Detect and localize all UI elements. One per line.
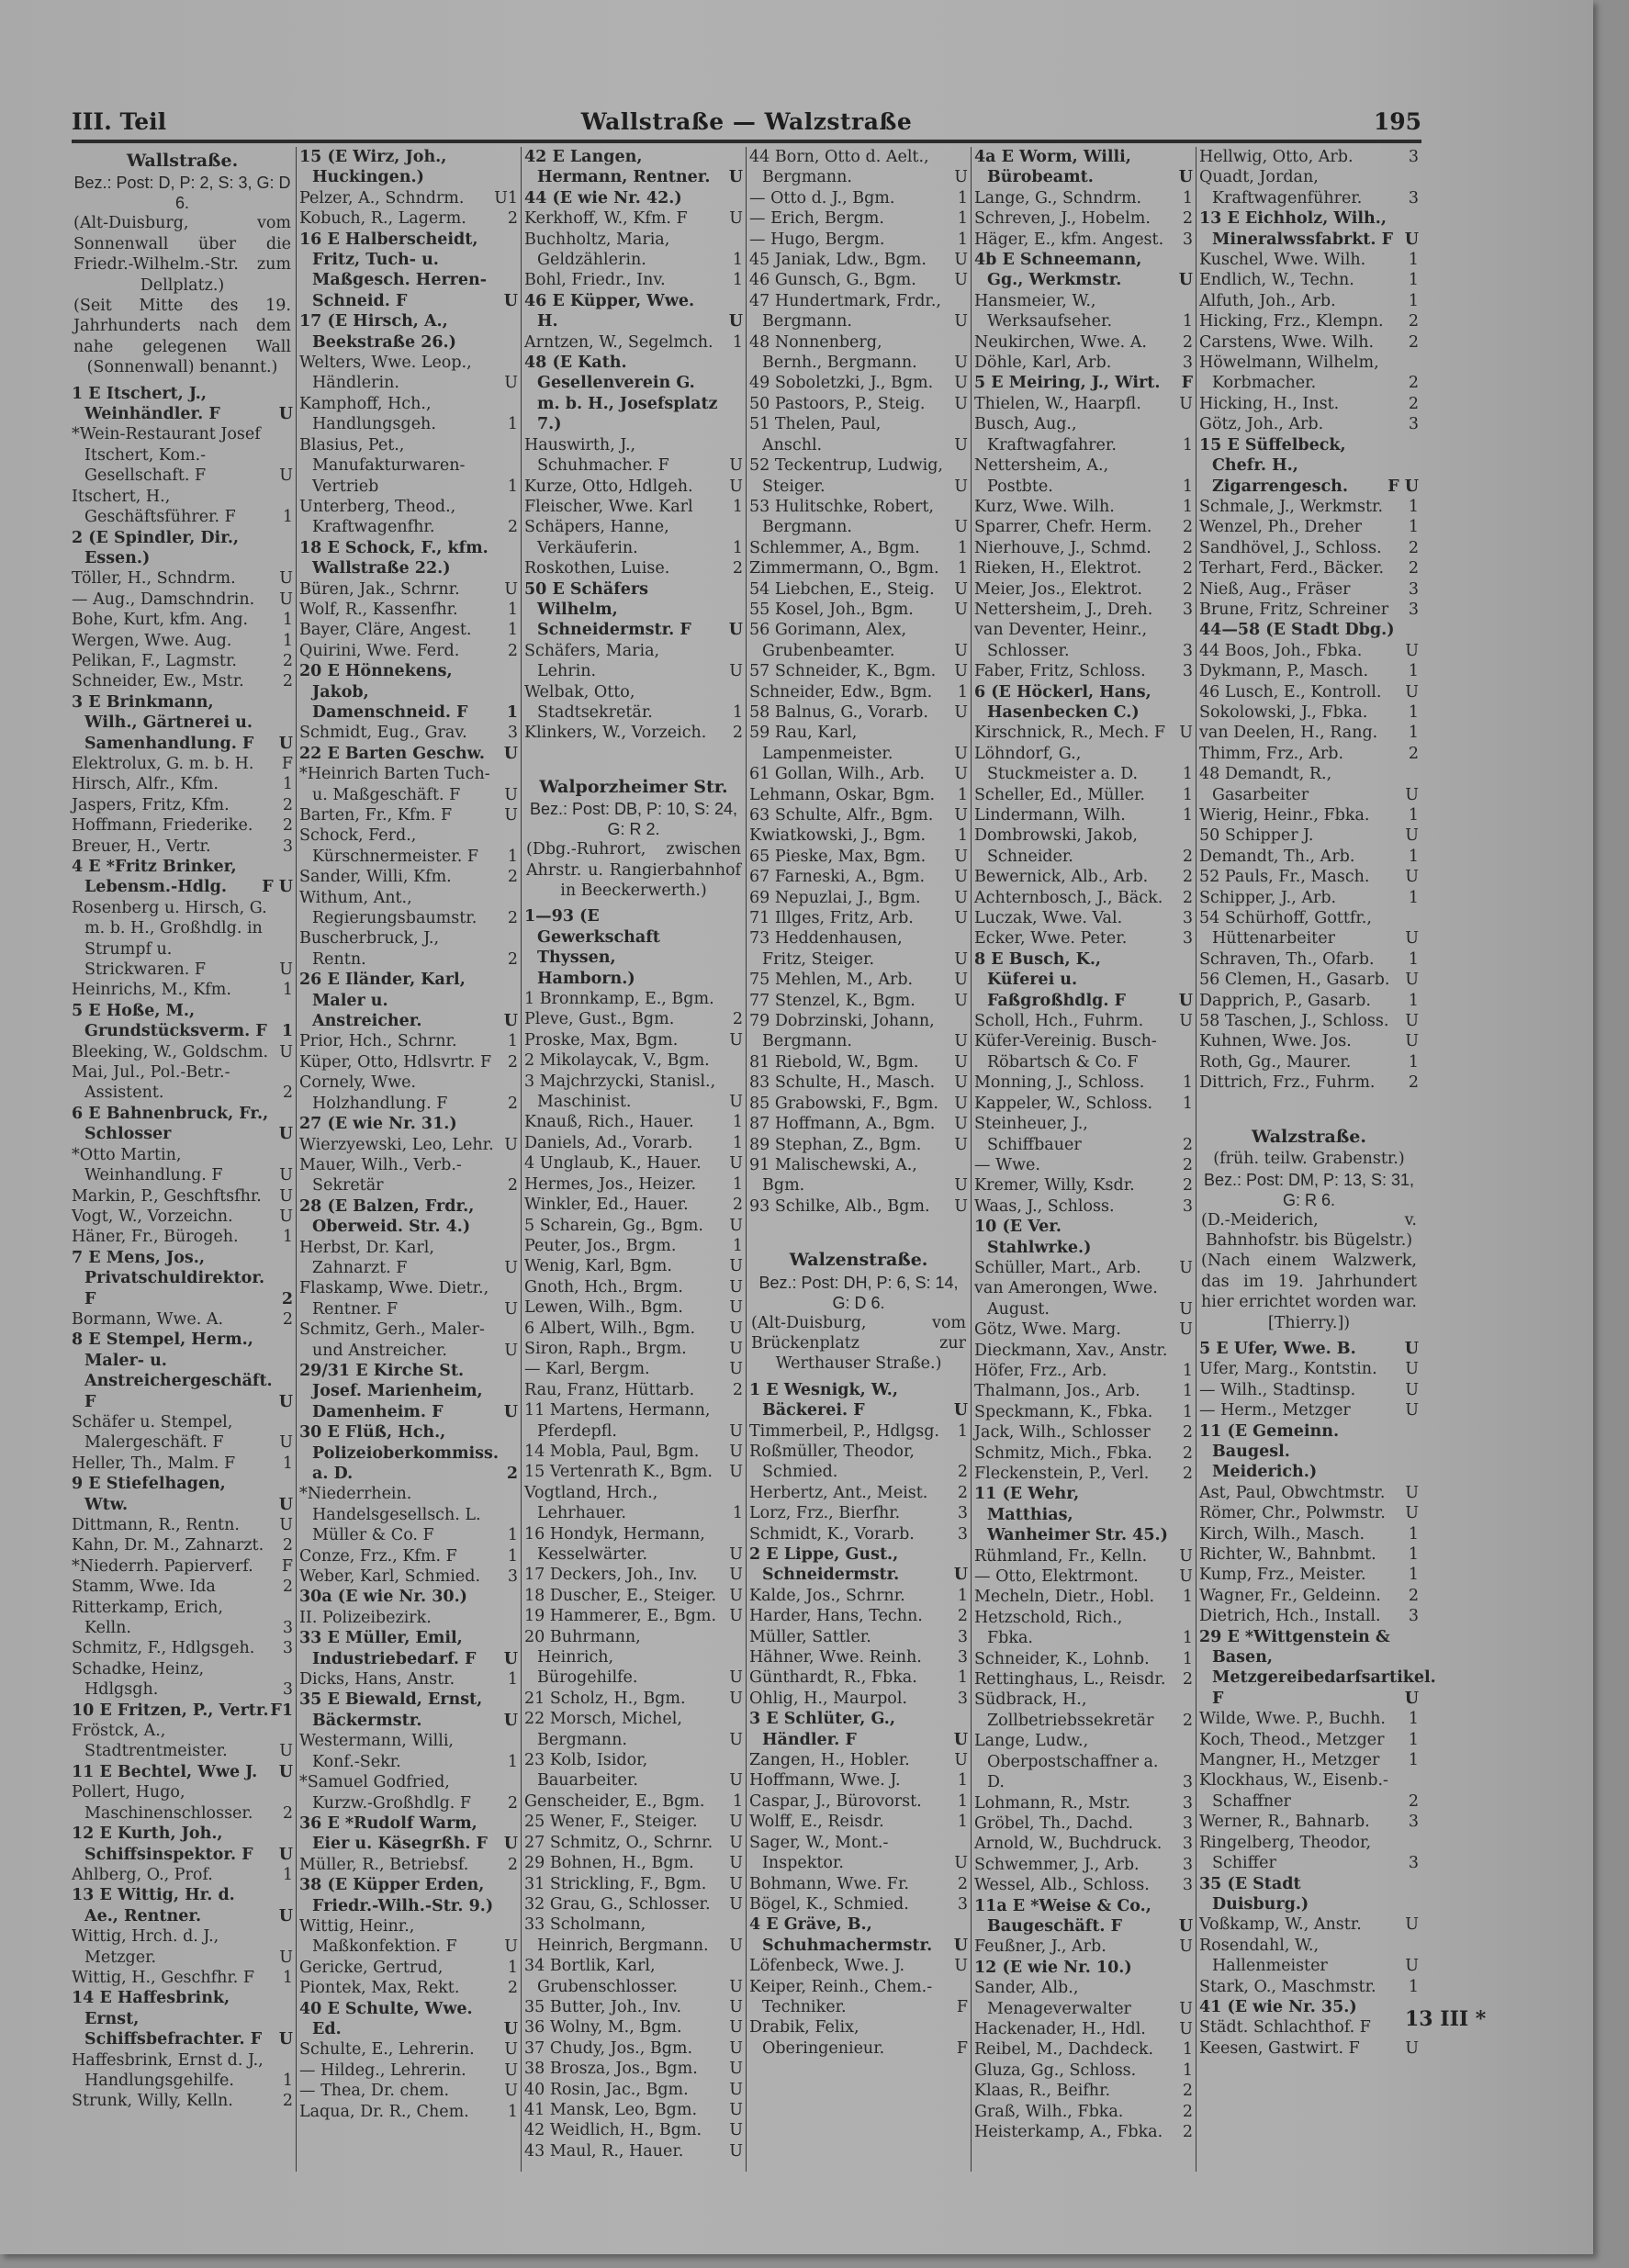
directory-entry: 11 (E Gemeinn. Baugesl. Meiderich.) [1199, 1421, 1419, 1483]
floor-marker: 1 [508, 1958, 518, 1978]
entry-text: Elektrolux, G. m. b. H. [72, 755, 253, 773]
floor-marker: 2 [508, 1855, 518, 1875]
directory-entry: Weber, Karl, Schmied.3 [299, 1566, 518, 1587]
directory-entry: 4a E Worm, Willi, Bürobeamt.U [974, 147, 1193, 188]
directory-entry: 11 (E Wehr, Matthias, Wanheimer Str. 45.… [974, 1484, 1193, 1545]
directory-entry: Rühmland, Fr., Kelln.U [974, 1546, 1193, 1566]
entry-text: 54 Liebchen, E., Steig. [749, 580, 935, 599]
floor-marker: 2 [283, 1535, 293, 1555]
floor-marker: U [504, 2060, 518, 2081]
entry-text: 42 E Langen, Hermann, Rentner. [524, 148, 710, 186]
floor-marker: U [954, 1853, 968, 1873]
page-signature: 13 III * [1405, 2007, 1486, 2031]
floor-marker: U [954, 1400, 968, 1420]
floor-marker: 1 [958, 682, 968, 702]
entry-text: Pelikan, F., Lagmstr. [72, 652, 237, 670]
floor-marker: 1 [958, 1586, 968, 1606]
directory-entry: Buchholtz, Maria, Geldzählerin.1 [524, 230, 743, 271]
entry-text: Kirschnick, R., Mech. F [974, 724, 1165, 742]
floor-marker: 2 [508, 908, 518, 928]
entry-text: Gluza, Gg., Schloss. [974, 2061, 1136, 2080]
entry-text: Welters, Wwe. Leop., Händlerin. [299, 354, 472, 392]
floor-marker: U [279, 1432, 293, 1453]
directory-entry: Elektrolux, G. m. b. H.F [72, 754, 293, 774]
directory-entry: Fleischer, Wwe. Karl1 [524, 497, 743, 517]
directory-entry: — Wilh., Stadtinsp.U [1199, 1380, 1419, 1400]
entry-text: Roth, Gg., Maurer. [1199, 1053, 1351, 1072]
floor-marker: 2 [508, 1094, 518, 1114]
entry-text: 11 (E Wehr, Matthias, Wanheimer Str. 45.… [974, 1485, 1168, 1544]
directory-entry: 18 Duscher, E., Steiger.U [524, 1586, 743, 1606]
entry-text: 3 E Schlüter, G., Händler. F [749, 1710, 895, 1748]
entry-text: 11 Martens, Hermann, Pferdepfl. [524, 1401, 710, 1440]
directory-entry: Schäfers, Maria, Lehrin.U [524, 641, 743, 682]
directory-entry: 46 Gunsch, G., Bgm.U [749, 270, 968, 290]
directory-entry: Vogtland, Hrch., Lehrhauer.1 [524, 1483, 743, 1524]
entry-text: 16 E Halberscheidt, Fritz, Tuch- u. Maßg… [299, 230, 487, 310]
entry-text: Gröbel, Th., Dachd. [974, 1814, 1133, 1833]
entry-text: — Wilh., Stadtinsp. [1199, 1381, 1355, 1399]
directory-entry: Büren, Jak., Schrnr.U [299, 579, 518, 600]
entry-text: Peuter, Jos., Brgm. [524, 1237, 676, 1255]
floor-marker: 3 [1183, 1772, 1193, 1792]
directory-entry: *Otto Martin, Weinhandlung. FU [72, 1145, 293, 1186]
floor-marker: 2 [1409, 332, 1419, 353]
directory-entry: Höwelmann, Wilhelm, Korbmacher.2 [1199, 353, 1419, 394]
directory-entry: Welters, Wwe. Leop., Händlerin.U [299, 353, 518, 394]
directory-entry: 9 E Stiefelhagen, Wtw.U [72, 1474, 293, 1515]
directory-entry: 13 E Wittig, Hr. d. Ae., Rentner.U [72, 1885, 293, 1926]
directory-entry: 3 E Schlüter, G., Händler. FU [749, 1709, 968, 1750]
entry-text: Zimmermann, O., Bgm. [749, 559, 939, 578]
entry-text: 30 E Flüß, Hch., Polizeioberkommiss. a. … [299, 1423, 499, 1483]
floor-marker: U [504, 1834, 518, 1854]
entry-text: Schreven, J., Hobelm. [974, 209, 1151, 228]
entry-text: Breuer, H., Vertr. [72, 837, 211, 856]
entry-text: Neukirchen, Wwe. A. [974, 333, 1147, 352]
directory-entry: Wenig, Karl, Bgm.U [524, 1256, 743, 1276]
floor-marker: 1 [958, 230, 968, 250]
entry-text: 33 E Müller, Emil, Industriebedarf. F [299, 1629, 477, 1667]
directory-entry: Löhndorf, G., Stuckmeister a. D.1 [974, 744, 1193, 785]
directory-entry: 52 Pauls, Fr., Masch.U [1199, 867, 1419, 887]
directory-entry: Schraven, Th., Ofarb.1 [1199, 949, 1419, 970]
directory-entry: Reibel, M., Dachdeck.1 [974, 2039, 1193, 2060]
directory-entry: 35 (E Stadt Duisburg.) [1199, 1874, 1419, 1915]
directory-entry: Rosenberg u. Hirsch, G. m. b. H., Großhd… [72, 898, 293, 981]
floor-marker: U [729, 1256, 743, 1276]
directory-entry: Carstens, Wwe. Wilh.2 [1199, 332, 1419, 353]
entry-text: 1—93 (E Gewerkschaft Thyssen, Hamborn.) [524, 907, 660, 987]
directory-entry: Lange, G., Schndrm.1 [974, 188, 1193, 208]
directory-entry: 55 Kosel, Joh., Bgm.U [749, 600, 968, 620]
directory-entry: 48 (E Kath. Gesellenverein G. m. b. H., … [524, 353, 743, 435]
floor-marker: 3 [1183, 230, 1193, 250]
directory-entry: 16 Hondyk, Hermann, Kesselwärter.U [524, 1524, 743, 1566]
directory-entry: 27 (E wie Nr. 31.) [299, 1114, 518, 1134]
directory-entry: 67 Farneski, A., Bgm.U [749, 867, 968, 887]
entry-text: 14 Mobla, Paul, Bgm. [524, 1443, 699, 1461]
floor-marker: 1 [1409, 888, 1419, 908]
directory-entry: 75 Mehlen, M., Arb.U [749, 970, 968, 990]
entry-text: Schadke, Heinz, Hdlgsgh. [72, 1660, 204, 1699]
floor-marker: 3 [1409, 147, 1419, 167]
floor-marker: U [954, 1750, 968, 1770]
entry-text: Pleve, Gust., Bgm. [524, 1010, 674, 1028]
entry-text: 4 E Gräve, B., Schuhmachermstr. [749, 1915, 932, 1954]
floor-marker: 1 [958, 1791, 968, 1812]
entry-text: 22 Morsch, Michel, Bergmann. [524, 1710, 682, 1748]
entry-text: Kamphoff, Hch., Handlungsgeh. [299, 395, 436, 433]
district-info: Bez.: Post: D, P: 2, S: 3, G: D 6. [72, 173, 293, 213]
floor-marker: U [1405, 682, 1419, 702]
directory-entry: Kwiatkowski, J., Bgm.1 [749, 825, 968, 846]
floor-marker: 1 [1183, 1402, 1193, 1422]
directory-entry: Roßmüller, Theodor, Schmied.2 [749, 1442, 968, 1483]
entry-text: Ufer, Marg., Kontstin. [1199, 1360, 1377, 1378]
entry-text: Jaspers, Fritz, Kfm. [72, 796, 230, 814]
entry-text: Büren, Jak., Schrnr. [299, 580, 460, 599]
entry-text: 36 E *Rudolf Warm, Eier u. Käsegrßh. F [299, 1814, 488, 1853]
entry-text: Ast, Paul, Obwchtmstr. [1199, 1484, 1385, 1502]
floor-marker: U [1179, 167, 1193, 187]
floor-marker: 1 [1183, 1587, 1193, 1607]
floor-marker: U [729, 1833, 743, 1853]
directory-entry: Nierhouve, J., Schmd.2 [974, 538, 1193, 558]
entry-text: 37 Chudy, Jos., Bgm. [524, 2039, 692, 2058]
floor-marker: U [954, 1031, 968, 1051]
floor-marker: 2 [1409, 1791, 1419, 1812]
directory-entry: Schmale, J., Werkmstr.1 [1199, 497, 1419, 517]
directory-entry: 50 Schipper J.U [1199, 825, 1419, 846]
directory-entry: *Samuel Godfried, Kurzw.-Großhdlg. F2 [299, 1772, 518, 1813]
entry-text: — Otto, Elektrmont. [974, 1567, 1139, 1586]
entry-text: Cornely, Wwe. Holzhandlung. F [299, 1073, 447, 1112]
directory-entry: Müller, Sattler.3 [749, 1627, 968, 1647]
directory-entry: 15 E Süffelbeck, Chefr. H., Zigarrengesc… [1199, 435, 1419, 497]
street-heading: Walporzheimer Str. [524, 777, 743, 797]
floor-marker: U [954, 764, 968, 784]
floor-marker: F [282, 1556, 293, 1577]
directory-entry: 22 Morsch, Michel, Bergmann.U [524, 1709, 743, 1750]
directory-entry: 11a E *Weise & Co., Baugeschäft. FU [974, 1896, 1193, 1937]
directory-entry: Knauß, Rich., Hauer.1 [524, 1112, 743, 1132]
floor-marker: U [1179, 1999, 1193, 2019]
directory-entry: 65 Pieske, Max, Bgm.U [749, 847, 968, 867]
page-header: III. Teil Wallstraße — Walzstraße 195 [72, 108, 1421, 143]
floor-marker: U [954, 908, 968, 928]
entry-text: Schwemmer, J., Arb. [974, 1856, 1140, 1874]
floor-marker: 1 [1183, 2060, 1193, 2081]
directory-entry: Wolf, R., Kassenfhr.1 [299, 600, 518, 620]
floor-marker: U [954, 517, 968, 537]
entry-text: 36 Wolny, M., Bgm. [524, 2018, 682, 2037]
directory-entry: Kappeler, W., Schloss.1 [974, 1094, 1193, 1114]
floor-marker: U [279, 1845, 293, 1865]
directory-entry: 73 Heddenhausen, Fritz, Steiger.U [749, 928, 968, 970]
entry-text: Schmitz, F., Hdlgsgeh. [72, 1639, 254, 1657]
entry-text: Steinheuer, J., Schiffbauer [974, 1115, 1088, 1153]
directory-entry: 6 E Bahnenbruck, Fr., SchlosserU [72, 1104, 293, 1145]
floor-marker: 1 [283, 507, 293, 527]
floor-marker: 1 [283, 1968, 293, 1988]
floor-marker: 2 [1409, 1586, 1419, 1606]
directory-entry: Küper, Otto, Hdlsvrtr. F2 [299, 1052, 518, 1072]
directory-entry: 28 (E Balzen, Frdr., Oberweid. Str. 4.) [299, 1196, 518, 1238]
directory-entry: Koch, Theod., Metzger1 [1199, 1730, 1419, 1750]
directory-entry: Kuschel, Wwe. Wilh.1 [1199, 250, 1419, 270]
entry-text: 83 Schulte, H., Masch. [749, 1073, 935, 1092]
entry-text: Schmale, J., Werkmstr. [1199, 498, 1383, 516]
floor-marker: U [1405, 1400, 1419, 1420]
floor-marker: 1 [1409, 949, 1419, 970]
floor-marker: 1 [508, 1525, 518, 1545]
floor-marker: U [954, 970, 968, 990]
entry-text: 47 Hundertmark, Frdr., Bergmann. [749, 292, 941, 331]
entry-text: Stark, O., Maschmstr. [1199, 1978, 1376, 1996]
floor-marker: U [504, 805, 518, 825]
floor-marker: 2 [1409, 1072, 1419, 1093]
directory-entry: Terhart, Ferd., Bäcker.2 [1199, 558, 1419, 578]
directory-entry: Thalmann, Jos., Arb.1 [974, 1381, 1193, 1401]
directory-entry: 33 Scholmann, Heinrich, Bergmann.U [524, 1914, 743, 1956]
entry-text: Mauer, Wilh., Verb.-Sekretär [299, 1156, 462, 1195]
floor-marker: 1 [1183, 1072, 1193, 1093]
entry-text: Kremer, Willy, Ksdr. [974, 1176, 1135, 1195]
directory-entry: 49 Soboletzki, J., Bgm.U [749, 373, 968, 393]
entry-text: Arntzen, W., Segelmch. [524, 333, 713, 352]
floor-marker: 3 [1183, 353, 1193, 373]
floor-marker: 2 [283, 671, 293, 691]
floor-marker: 1 [733, 1174, 743, 1195]
floor-marker: 2 [1409, 744, 1419, 764]
floor-marker: U [954, 1730, 968, 1750]
floor-marker: U [279, 1948, 293, 1968]
floor-marker: 1 [1183, 785, 1193, 805]
entry-text: 73 Heddenhausen, Fritz, Steiger. [749, 929, 903, 968]
entry-text: Hicking, H., Inst. [1199, 395, 1339, 413]
directory-entry: Sparrer, Chefr. Herm.2 [974, 517, 1193, 537]
directory-entry: *Niederrhein. Handelsgesellsch. L. Mülle… [299, 1484, 518, 1545]
floor-marker: 1 [733, 270, 743, 290]
entry-text: 5 E Meiring, J., Wirt. [974, 374, 1160, 392]
entry-text: Heller, Th., Malm. F [72, 1454, 235, 1473]
directory-entry: Schmitz, Mich., Fbka.2 [974, 1443, 1193, 1464]
entry-text: — Erich, Bergm. [749, 209, 884, 228]
floor-marker: U [729, 1812, 743, 1832]
entry-text: Blasius, Pet., Manufakturwaren-Vertrieb [299, 436, 465, 496]
directory-entry: Kremer, Willy, Ksdr.2 [974, 1175, 1193, 1196]
entry-text: Sparrer, Chefr. Herm. [974, 518, 1152, 536]
floor-marker: 2 [1409, 558, 1419, 578]
entry-text: 3 E Brinkmann, Wilh., Gärtnerei u. Samen… [72, 693, 253, 753]
entry-text: 20 Buhrmann, Heinrich, Bürogehilfe. [524, 1628, 641, 1688]
floor-marker: 3 [958, 1894, 968, 1914]
entry-text: Schock, Ferd., Kürschnermeister. F [299, 826, 478, 865]
entry-text: Dieckmann, Xav., Anstr. [974, 1342, 1167, 1360]
floor-marker: 1 [733, 1236, 743, 1256]
floor-marker: U [729, 1297, 743, 1318]
floor-marker: U [954, 991, 968, 1011]
directory-entry: Keesen, Gastwirt. FU [1199, 2038, 1419, 2059]
entry-text: Wilde, Wwe. P., Buchh. [1199, 1710, 1386, 1728]
directory-entry: Schock, Ferd., Kürschnermeister. F1 [299, 825, 518, 867]
directory-entry: Höfer, Frz., Arb.1 [974, 1361, 1193, 1381]
directory-entry: 50 E Schäfers Wilhelm, Schneidermstr. FU [524, 579, 743, 641]
entry-text: Quadt, Jordan, Kraftwagenführer. [1199, 168, 1362, 207]
directory-entry: Wessel, Alb., Schloss.3 [974, 1875, 1193, 1895]
floor-marker: U [954, 744, 968, 764]
floor-marker: U [729, 1153, 743, 1173]
floor-marker: U [504, 1711, 518, 1731]
floor-marker: 3 [1183, 641, 1193, 661]
entry-text: Sander, Willi, Kfm. [299, 868, 452, 886]
entry-text: Werner, R., Bahnarb. [1199, 1813, 1370, 1831]
entry-text: Mai, Jul., Pol.-Betr.-Assistent. [72, 1063, 230, 1102]
entry-text: Schlemmer, A., Bgm. [749, 539, 920, 557]
floor-marker: U [504, 2081, 518, 2101]
directory-entry: 38 Brosza, Jos., Bgm.U [524, 2059, 743, 2079]
directory-entry: Sandhövel, J., Schloss.2 [1199, 538, 1419, 558]
entry-text: Rühmland, Fr., Kelln. [974, 1547, 1147, 1566]
floor-marker: U [729, 477, 743, 497]
floor-marker: 1 [508, 1546, 518, 1566]
directory-entry: Pollert, Hugo, Maschinenschlosser.2 [72, 1782, 293, 1824]
floor-marker: U [954, 867, 968, 887]
directory-entry: Rosendahl, W., HallenmeisterU [1199, 1936, 1419, 1977]
floor-marker: U [1179, 1258, 1193, 1278]
entry-text: Heinrichs, M., Kfm. [72, 981, 231, 999]
directory-entry: Mauer, Wilh., Verb.-Sekretär2 [299, 1155, 518, 1196]
floor-marker: 3 [958, 1627, 968, 1647]
directory-entry: Schmitz, Gerh., Maler- und Anstreicher.U [299, 1319, 518, 1361]
directory-entry: Thielen, W., Haarpfl.U [974, 394, 1193, 414]
floor-marker: 1 [1183, 311, 1193, 331]
directory-entry: Pelikan, F., Lagmstr.2 [72, 651, 293, 671]
directory-entry: Gericke, Gertrud,1 [299, 1958, 518, 1978]
entry-text: Hoffmann, Wwe. J. [749, 1771, 901, 1790]
directory-entry: Kamphoff, Hch., Handlungsgeh.1 [299, 394, 518, 435]
entry-text: Kump, Frz., Meister. [1199, 1566, 1366, 1584]
directory-entry: 12 (E wie Nr. 10.) [974, 1958, 1193, 1978]
directory-entry: Lange, Ludw., Oberpostschaffner a. D.3 [974, 1731, 1193, 1792]
directory-entry: Kahn, Dr. M., Zahnarzt.2 [72, 1535, 293, 1555]
entry-text: 85 Grabowski, F., Bgm. [749, 1095, 938, 1113]
floor-marker: 2 [508, 949, 518, 970]
entry-text: 67 Farneski, A., Bgm. [749, 868, 925, 886]
directory-entry: 12 E Kurth, Joh., Schiffsinspektor. FU [72, 1824, 293, 1865]
directory-entry: Dieckmann, Xav., Anstr. [974, 1341, 1193, 1361]
entry-text: Wessel, Alb., Schloss. [974, 1876, 1150, 1894]
directory-entry: Ritterkamp, Erich, Kelln.3 [72, 1598, 293, 1639]
street-note: (Seit Mitte des 19. Jahrhunderts nach de… [72, 296, 293, 378]
entry-text: Sager, W., Mont.-Inspektor. [749, 1834, 888, 1872]
entry-text: Buscherbruck, J., Rentn. [299, 929, 439, 968]
entry-text: Schüller, Mart., Arb. [974, 1259, 1141, 1277]
floor-marker: 2 [508, 1978, 518, 1998]
entry-text: Timmerbeil, P., Hdlgsg. [749, 1422, 939, 1441]
entry-text: Kappeler, W., Schloss. [974, 1095, 1152, 1113]
entry-text: Schneider, K., Lohnb. [974, 1650, 1150, 1668]
directory-entry: Löfenbeck, Wwe. J.U [749, 1956, 968, 1976]
entry-text: Mecheln, Dietr., Hobl. [974, 1588, 1154, 1606]
floor-marker: U [954, 1565, 968, 1585]
floor-marker: U [954, 641, 968, 661]
entry-text: Schulte, E., Lehrerin. [299, 2040, 475, 2059]
entry-text: 40 E Schulte, Wwe. Ed. [299, 2000, 473, 2038]
directory-entry: Barten, Fr., Kfm. FU [299, 805, 518, 825]
floor-marker: 2 [283, 1803, 293, 1824]
directory-entry: Scholl, Hch., Fuhrm.U [974, 1011, 1193, 1031]
directory-entry: *Wein-Restaurant Josef Itschert, Kom.-Ge… [72, 424, 293, 486]
entry-text: Jack, Wilh., Schlosser [974, 1423, 1151, 1442]
entry-text: Wolff, E., Reisdr. [749, 1813, 884, 1831]
floor-marker: U [729, 1319, 743, 1339]
entry-text: 91 Malischewski, A., Bgm. [749, 1156, 917, 1195]
directory-entry: Sokolowski, J., Fbka.1 [1199, 702, 1419, 723]
entry-text: Keesen, Gastwirt. F [1199, 2039, 1360, 2058]
directory-entry: Schneider, K., Lohnb.1 [974, 1649, 1193, 1669]
floor-marker: 2 [507, 1464, 518, 1484]
floor-marker: U [954, 888, 968, 908]
entry-text: Conze, Frz., Kfm. F [299, 1547, 457, 1566]
entry-text: Dapprich, P., Gasarb. [1199, 992, 1371, 1010]
entry-text: — Wwe. [974, 1156, 1040, 1174]
floor-marker: U [1179, 723, 1193, 743]
floor-marker: 1 [1183, 805, 1193, 825]
directory-entry: Schmidt, Eug., Grav.3 [299, 723, 518, 743]
floor-marker: 2 [283, 2091, 293, 2111]
entry-text: 59 Rau, Karl, Lampenmeister. [749, 724, 893, 762]
floor-marker: U [1405, 2038, 1419, 2059]
floor-marker: U [1405, 1031, 1419, 1051]
floor-marker: 1 [1409, 1709, 1419, 1729]
entry-text: Thalmann, Jos., Arb. [974, 1382, 1140, 1400]
entry-text: Fröstck, A., Stadtrentmeister. [72, 1722, 228, 1760]
entry-text: Götz, Joh., Arb. [1199, 415, 1323, 433]
floor-marker: U [729, 1894, 743, 1914]
directory-entry: Dittmann, R., Rentn.U [72, 1515, 293, 1535]
district-info: Bez.: Post: DB, P: 10, S: 24, G: R 2. [524, 799, 743, 839]
directory-entry: 15 Vertenrath K., Bgm.U [524, 1462, 743, 1482]
entry-text: *Samuel Godfried, Kurzw.-Großhdlg. F [299, 1773, 471, 1812]
directory-entry: — Hildeg., Lehrerin.U [299, 2060, 518, 2081]
entry-text: *Heinrich Barten Tuch- u. Maßgeschäft. F [299, 765, 490, 803]
directory-entry: 16 E Halberscheidt, Fritz, Tuch- u. Maßg… [299, 230, 518, 312]
floor-marker: U [279, 734, 293, 754]
floor-marker: U [954, 477, 968, 497]
floor-marker: 2 [733, 1009, 743, 1029]
floor-marker: 1 [958, 188, 968, 208]
entry-text: 11 E Bechtel, Wwe J. [72, 1763, 257, 1781]
entry-text: Haffesbrink, Ernst d. J., Handlungsgehil… [72, 2051, 264, 2090]
floor-marker: 1 [958, 1770, 968, 1791]
floor-marker: 3 [1183, 1793, 1193, 1813]
floor-marker: 2 [1183, 579, 1193, 600]
floor-marker: 3 [1183, 928, 1193, 949]
floor-marker: U [954, 311, 968, 331]
directory-entry: 44 Boos, Joh., Fbka.U [1199, 641, 1419, 661]
directory-page: III. Teil Wallstraße — Walzstraße 195 Wa… [0, 0, 1593, 2254]
floor-marker: 2 [283, 795, 293, 815]
floor-marker: U [729, 2017, 743, 2038]
directory-entry: 19 Hammerer, E., Bgm.U [524, 1606, 743, 1626]
directory-entry: 8 E Stempel, Herm., Maler- u. Anstreiche… [72, 1330, 293, 1412]
entry-text: 63 Schulte, Alfr., Bgm. [749, 806, 933, 825]
directory-entry: 59 Rau, Karl, Lampenmeister.U [749, 723, 968, 764]
directory-entry: Luczak, Wwe. Val.3 [974, 908, 1193, 928]
directory-entry: Bohmann, Wwe. Fr.2 [749, 1874, 968, 1894]
